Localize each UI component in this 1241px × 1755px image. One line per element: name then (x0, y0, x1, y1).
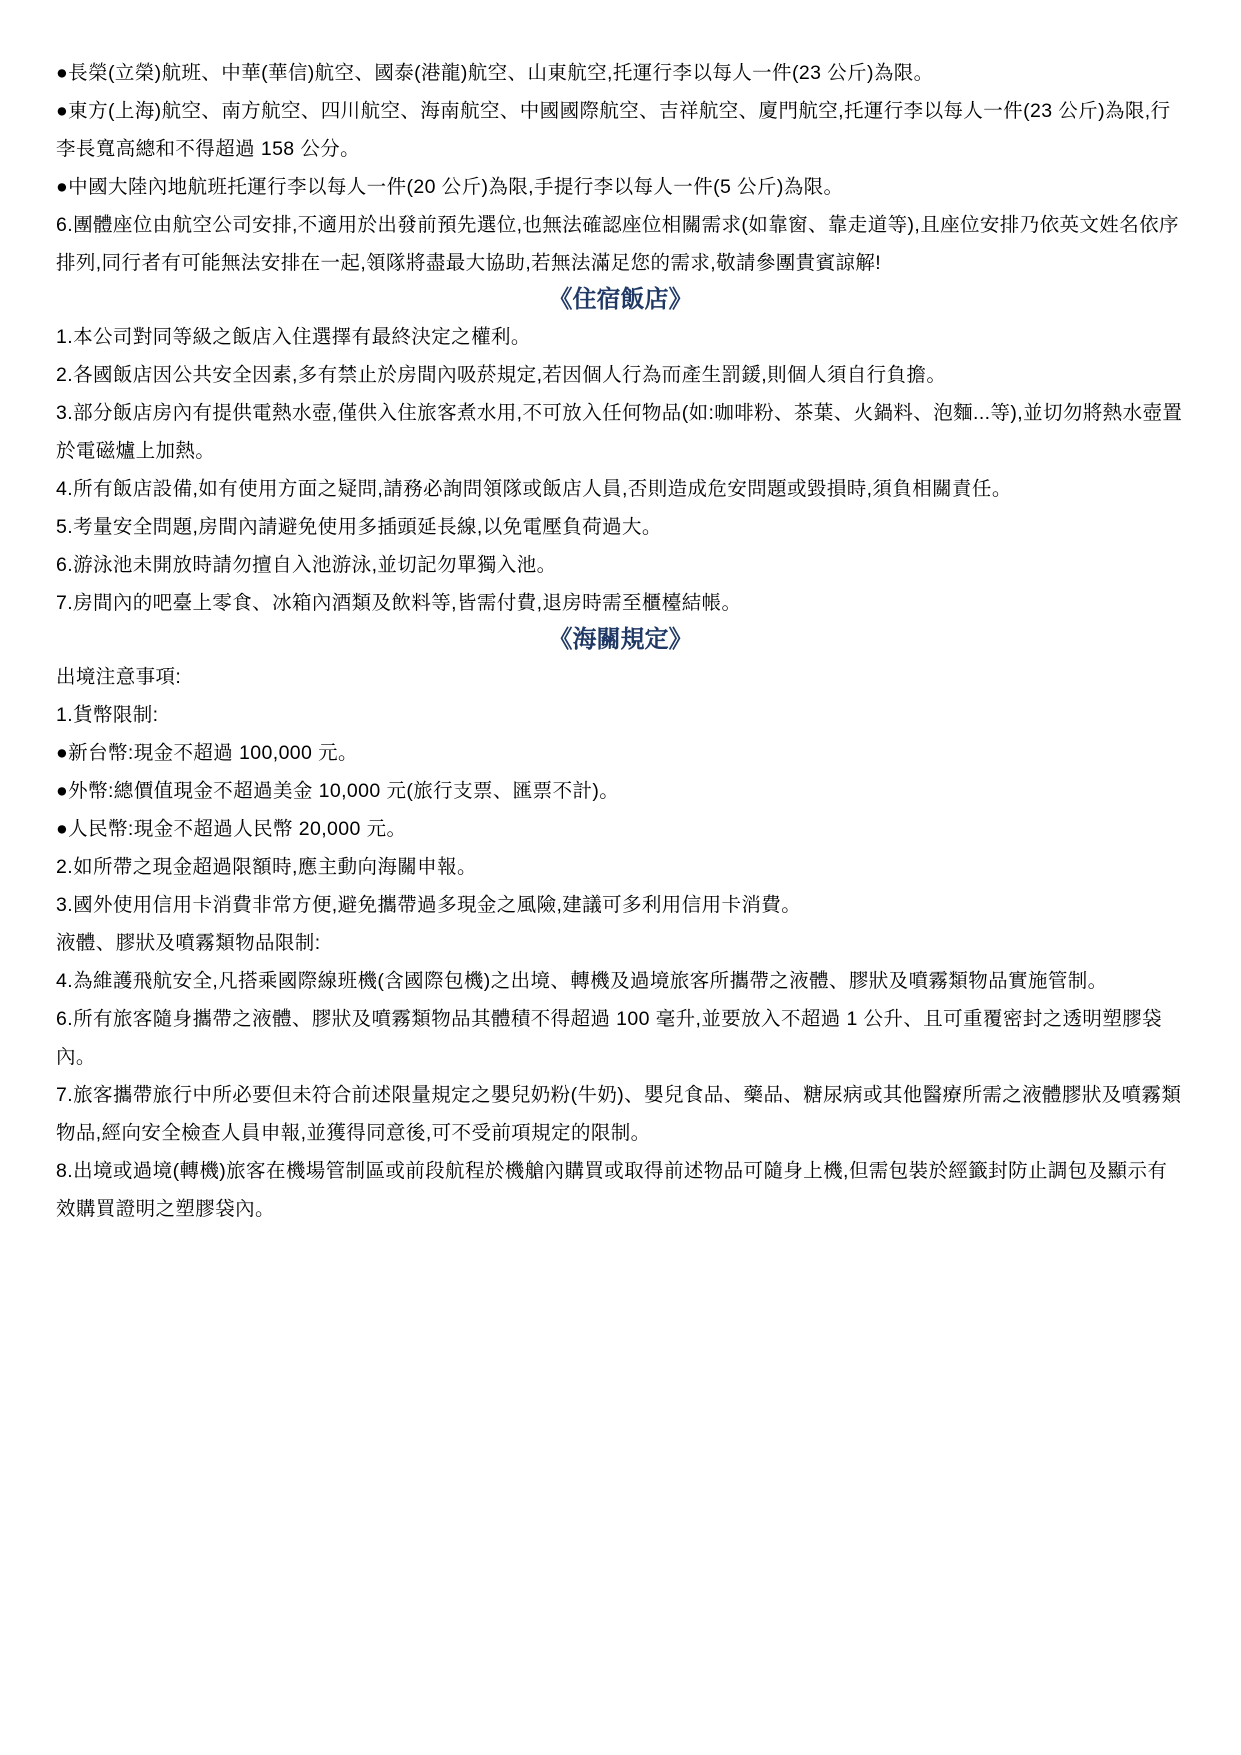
customs-rule: 7.旅客攜帶旅行中所必要但未符合前述限量規定之嬰兒奶粉(牛奶)、嬰兒食品、藥品、… (56, 1076, 1185, 1152)
customs-rule: 液體、膠狀及噴霧類物品限制: (56, 924, 1185, 962)
customs-rule: ●外幣:總價值現金不超過美金 10,000 元(旅行支票、匯票不計)。 (56, 772, 1185, 810)
hotel-rule: 1.本公司對同等級之飯店入住選擇有最終決定之權利。 (56, 318, 1185, 356)
customs-rule: 1.貨幣限制: (56, 696, 1185, 734)
customs-rule: ●新台幣:現金不超過 100,000 元。 (56, 734, 1185, 772)
customs-rule: 3.國外使用信用卡消費非常方便,避免攜帶過多現金之風險,建議可多利用信用卡消費。 (56, 886, 1185, 924)
hotel-rules-list: 1.本公司對同等級之飯店入住選擇有最終決定之權利。 2.各國飯店因公共安全因素,… (56, 318, 1185, 622)
intro-paragraph: ●中國大陸內地航班托運行李以每人一件(20 公斤)為限,手提行李以每人一件(5 … (56, 168, 1185, 206)
section-title-customs: 《海關規定》 (56, 622, 1185, 658)
intro-paragraph: 6.團體座位由航空公司安排,不適用於出發前預先選位,也無法確認座位相關需求(如靠… (56, 206, 1185, 282)
hotel-rule: 7.房間內的吧臺上零食、冰箱內酒類及飲料等,皆需付費,退房時需至櫃檯結帳。 (56, 584, 1185, 622)
section-title-hotel: 《住宿飯店》 (56, 282, 1185, 318)
intro-paragraph: ●長榮(立榮)航班、中華(華信)航空、國泰(港龍)航空、山東航空,托運行李以每人… (56, 54, 1185, 92)
customs-rule: 8.出境或過境(轉機)旅客在機場管制區或前段航程於機艙內購買或取得前述物品可隨身… (56, 1152, 1185, 1228)
customs-rules-list: 出境注意事項: 1.貨幣限制: ●新台幣:現金不超過 100,000 元。 ●外… (56, 658, 1185, 1228)
hotel-rule: 6.游泳池未開放時請勿擅自入池游泳,並切記勿單獨入池。 (56, 546, 1185, 584)
intro-baggage-notes: ●長榮(立榮)航班、中華(華信)航空、國泰(港龍)航空、山東航空,托運行李以每人… (56, 54, 1185, 282)
customs-rule: ●人民幣:現金不超過人民幣 20,000 元。 (56, 810, 1185, 848)
customs-rule: 6.所有旅客隨身攜帶之液體、膠狀及噴霧類物品其體積不得超過 100 毫升,並要放… (56, 1000, 1185, 1076)
document-page: ●長榮(立榮)航班、中華(華信)航空、國泰(港龍)航空、山東航空,托運行李以每人… (0, 0, 1241, 1228)
intro-paragraph: ●東方(上海)航空、南方航空、四川航空、海南航空、中國國際航空、吉祥航空、廈門航… (56, 92, 1185, 168)
hotel-rule: 5.考量安全問題,房間內請避免使用多插頭延長線,以免電壓負荷過大。 (56, 508, 1185, 546)
hotel-rule: 2.各國飯店因公共安全因素,多有禁止於房間內吸菸規定,若因個人行為而產生罰鍰,則… (56, 356, 1185, 394)
customs-rule: 4.為維護飛航安全,凡搭乘國際線班機(含國際包機)之出境、轉機及過境旅客所攜帶之… (56, 962, 1185, 1000)
customs-rule: 2.如所帶之現金超過限額時,應主動向海關申報。 (56, 848, 1185, 886)
hotel-rule: 4.所有飯店設備,如有使用方面之疑問,請務必詢問領隊或飯店人員,否則造成危安問題… (56, 470, 1185, 508)
customs-rule: 出境注意事項: (56, 658, 1185, 696)
hotel-rule: 3.部分飯店房內有提供電熱水壺,僅供入住旅客煮水用,不可放入任何物品(如:咖啡粉… (56, 394, 1185, 470)
